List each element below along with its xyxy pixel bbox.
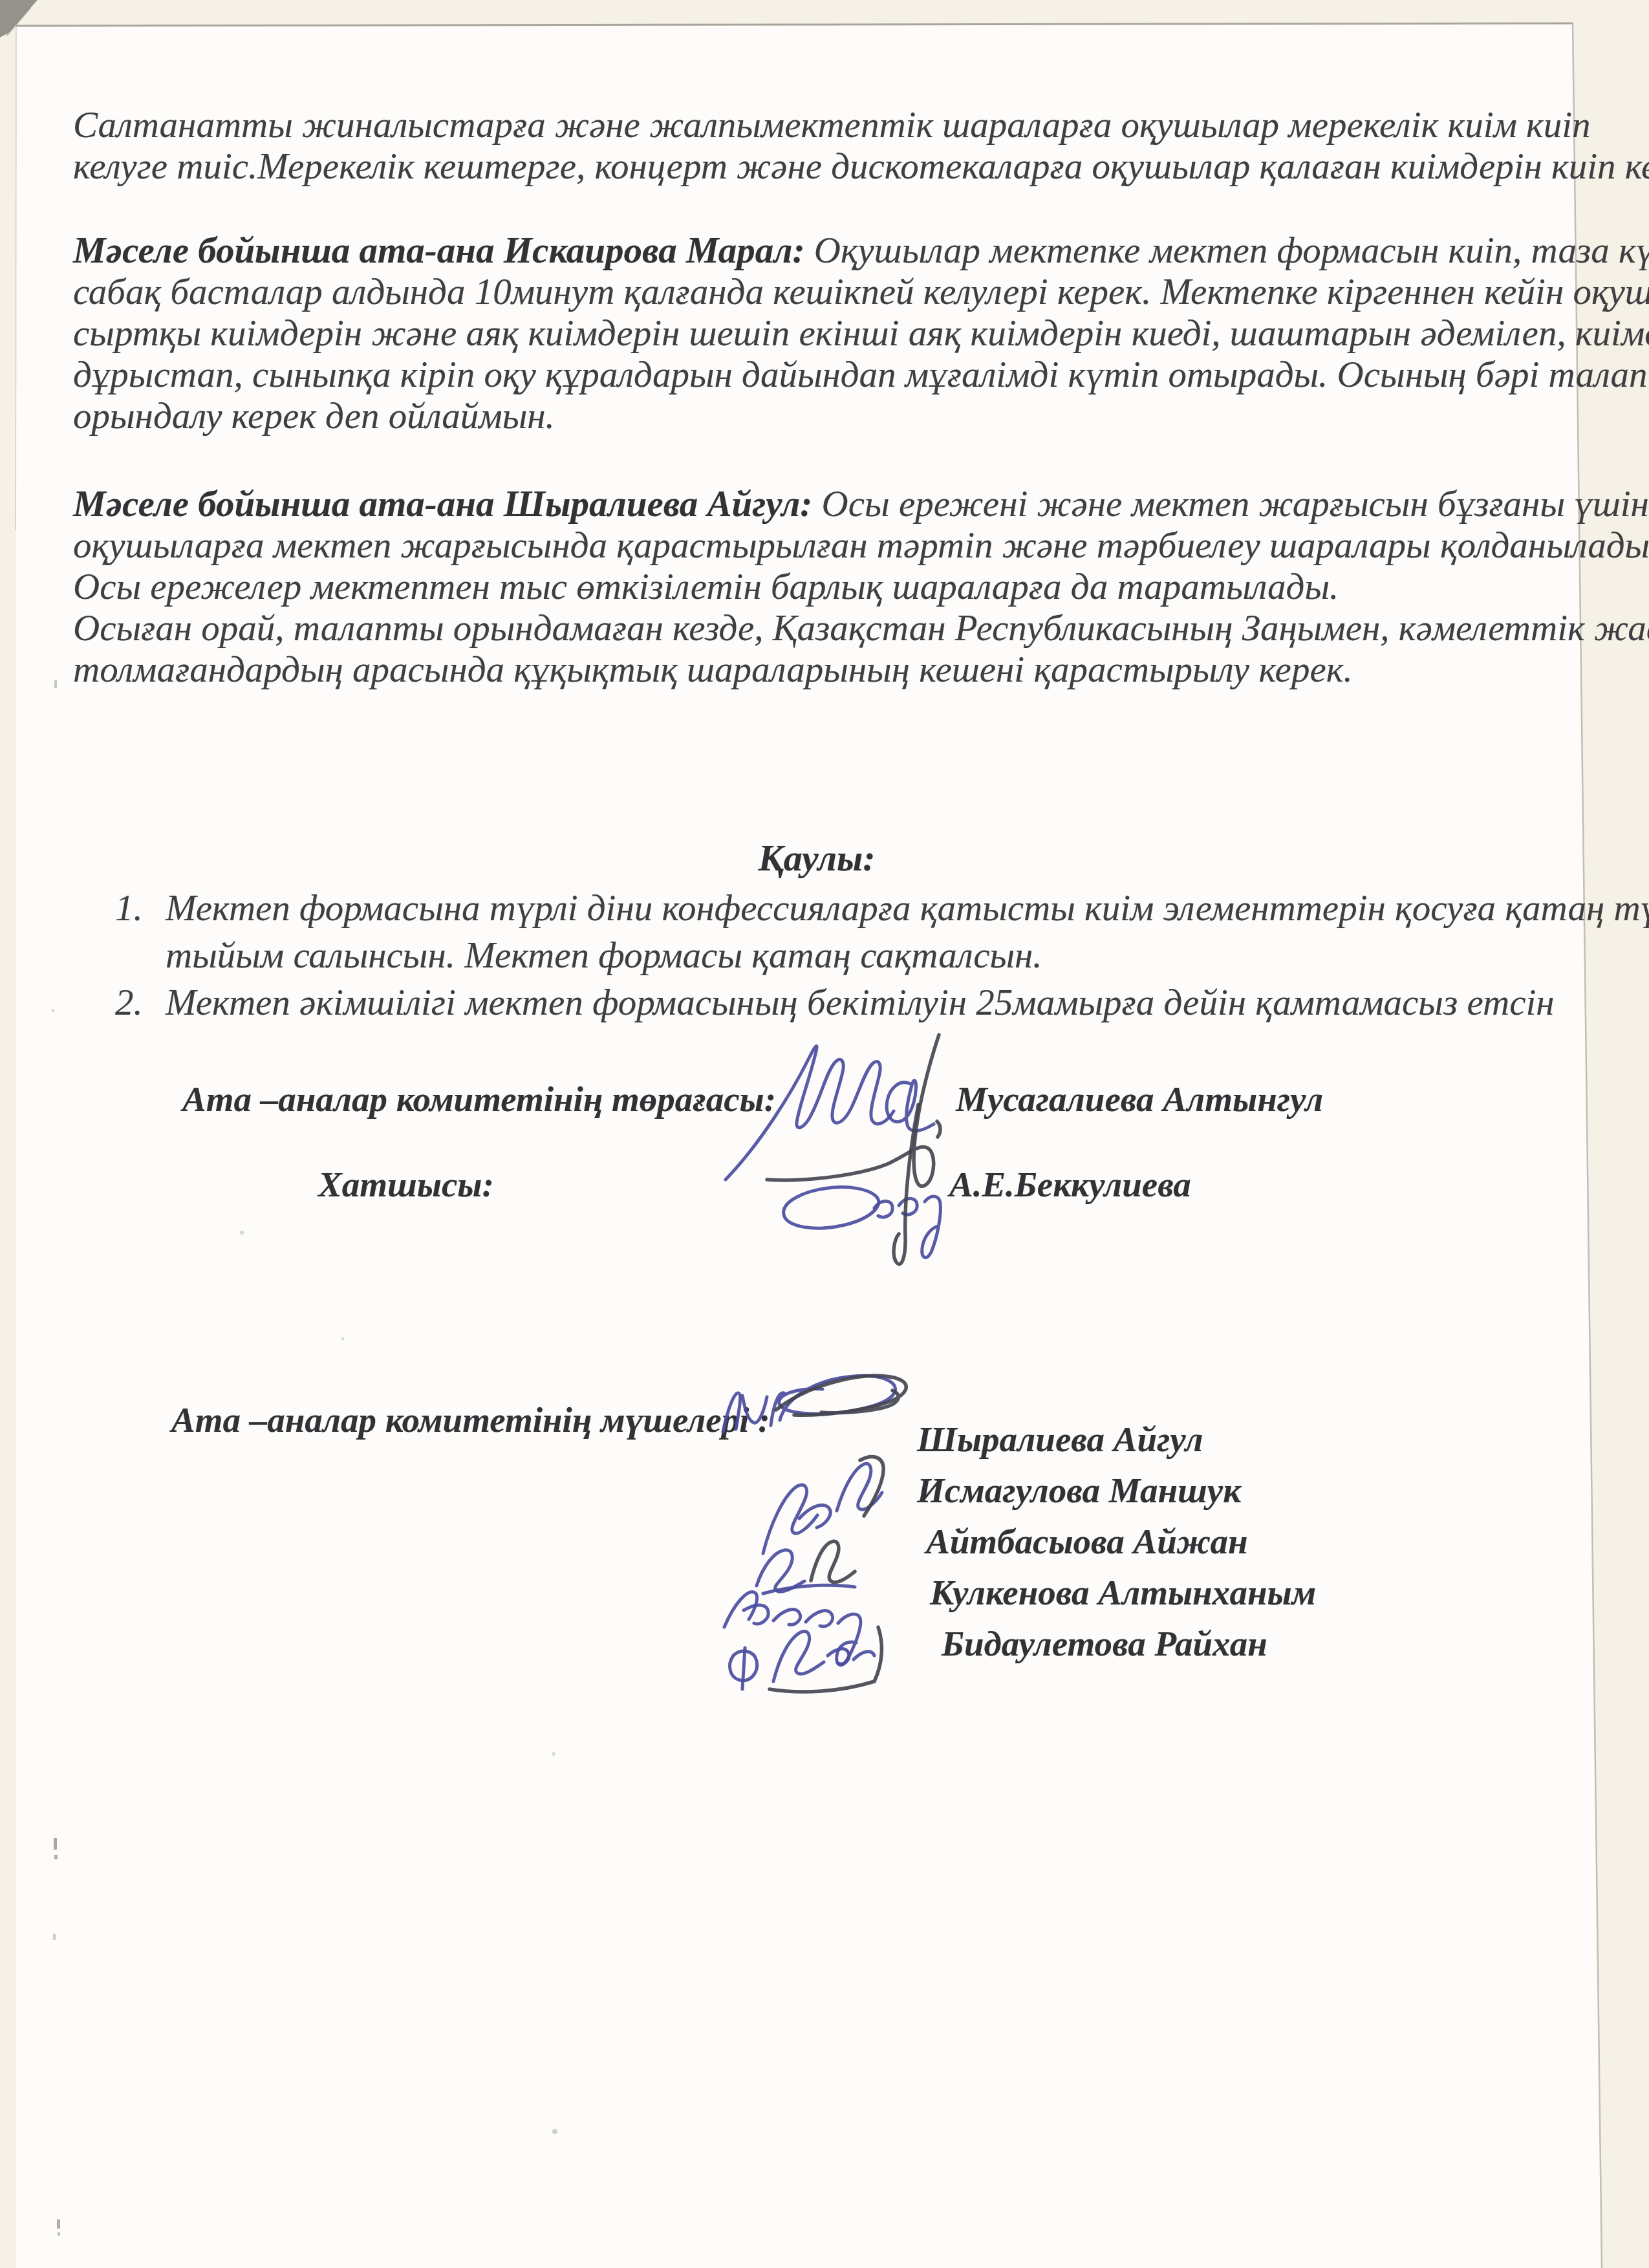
paragraph: Салтанатты жиналыстарға және жалпымектеп… — [73, 105, 1649, 188]
resolution-list: 1.Мектеп формасына түрлі діни конфессиял… — [115, 885, 1649, 1026]
text-line: тыйым салынсын. Мектеп формасы қатаң сақ… — [115, 932, 1649, 979]
member-name: Айтбасыова Айжан — [926, 1516, 1316, 1567]
text-line: 2.Мектеп әкімшілігі мектеп формасының бе… — [115, 979, 1649, 1026]
member-name: Бидаулетова Райхан — [942, 1618, 1316, 1669]
document-content: Салтанатты жиналыстарға және жалпымектеп… — [0, 0, 1649, 2268]
paragraph: Мәселе бойынша ата-ана Искаирова Марал: … — [73, 230, 1649, 437]
item-number: 1. — [115, 885, 166, 932]
speaker-lead: Мәселе бойынша ата-ана Искаирова Марал: — [73, 230, 814, 271]
text-line: орындалу керек деп ойлаймын. — [73, 396, 1649, 437]
secretary-name: А.Е.Беккулиева — [949, 1164, 1191, 1205]
chair-name: Мусагалиева Алтынгул — [956, 1079, 1323, 1119]
members-label: Ата –аналар комитетінің мүшелері : — [171, 1399, 770, 1440]
text-line: дұрыстап, сыныпқа кіріп оқу құралдарын д… — [73, 354, 1649, 396]
resolution-title: Қаулы: — [73, 836, 1560, 880]
resolution-item: 1.Мектеп формасына түрлі діни конфессиял… — [115, 885, 1649, 979]
scanned-document-page: Салтанатты жиналыстарға және жалпымектеп… — [0, 0, 1649, 2268]
text-line: Осы ережелер мектептен тыс өткізілетін б… — [73, 567, 1649, 608]
member-name: Кулкенова Алтынханым — [930, 1567, 1316, 1618]
member-name-list: Шыралиева АйгулИсмагулова МаншукАйтбасыо… — [917, 1414, 1316, 1669]
chair-label: Ата –аналар комитетінің төрағасы: — [182, 1079, 776, 1119]
secretary-label: Хатшысы: — [318, 1164, 494, 1205]
speaker-lead: Мәселе бойынша ата-ана Шыралиева Айгул: — [73, 484, 822, 524]
text-line: келуге тиіс.Мерекелік кештерге, концерт … — [73, 146, 1649, 188]
text-line: Салтанатты жиналыстарға және жалпымектеп… — [73, 105, 1649, 146]
text-line: толмағандардың арасында құқықтық шаралар… — [73, 649, 1649, 691]
text-line: Мәселе бойынша ата-ана Искаирова Марал: … — [73, 230, 1649, 272]
text-line: 1.Мектеп формасына түрлі діни конфессиял… — [115, 885, 1649, 932]
text-line: оқушыларға мектеп жарғысында қарастырылғ… — [73, 525, 1649, 567]
text-line: сыртқы киімдерін және аяқ киімдерін шеші… — [73, 313, 1649, 354]
item-number: 2. — [115, 979, 166, 1026]
resolution-item: 2.Мектеп әкімшілігі мектеп формасының бе… — [115, 979, 1649, 1026]
member-name: Исмагулова Маншук — [917, 1465, 1316, 1516]
text-line: Мәселе бойынша ата-ана Шыралиева Айгул: … — [73, 484, 1649, 525]
paragraph: Мәселе бойынша ата-ана Шыралиева Айгул: … — [73, 484, 1649, 691]
text-line: сабақ басталар алдында 10минут қалғанда … — [73, 272, 1649, 313]
text-line: Осыған орай, талапты орындамаған кезде, … — [73, 608, 1649, 649]
member-name: Шыралиева Айгул — [917, 1414, 1316, 1465]
